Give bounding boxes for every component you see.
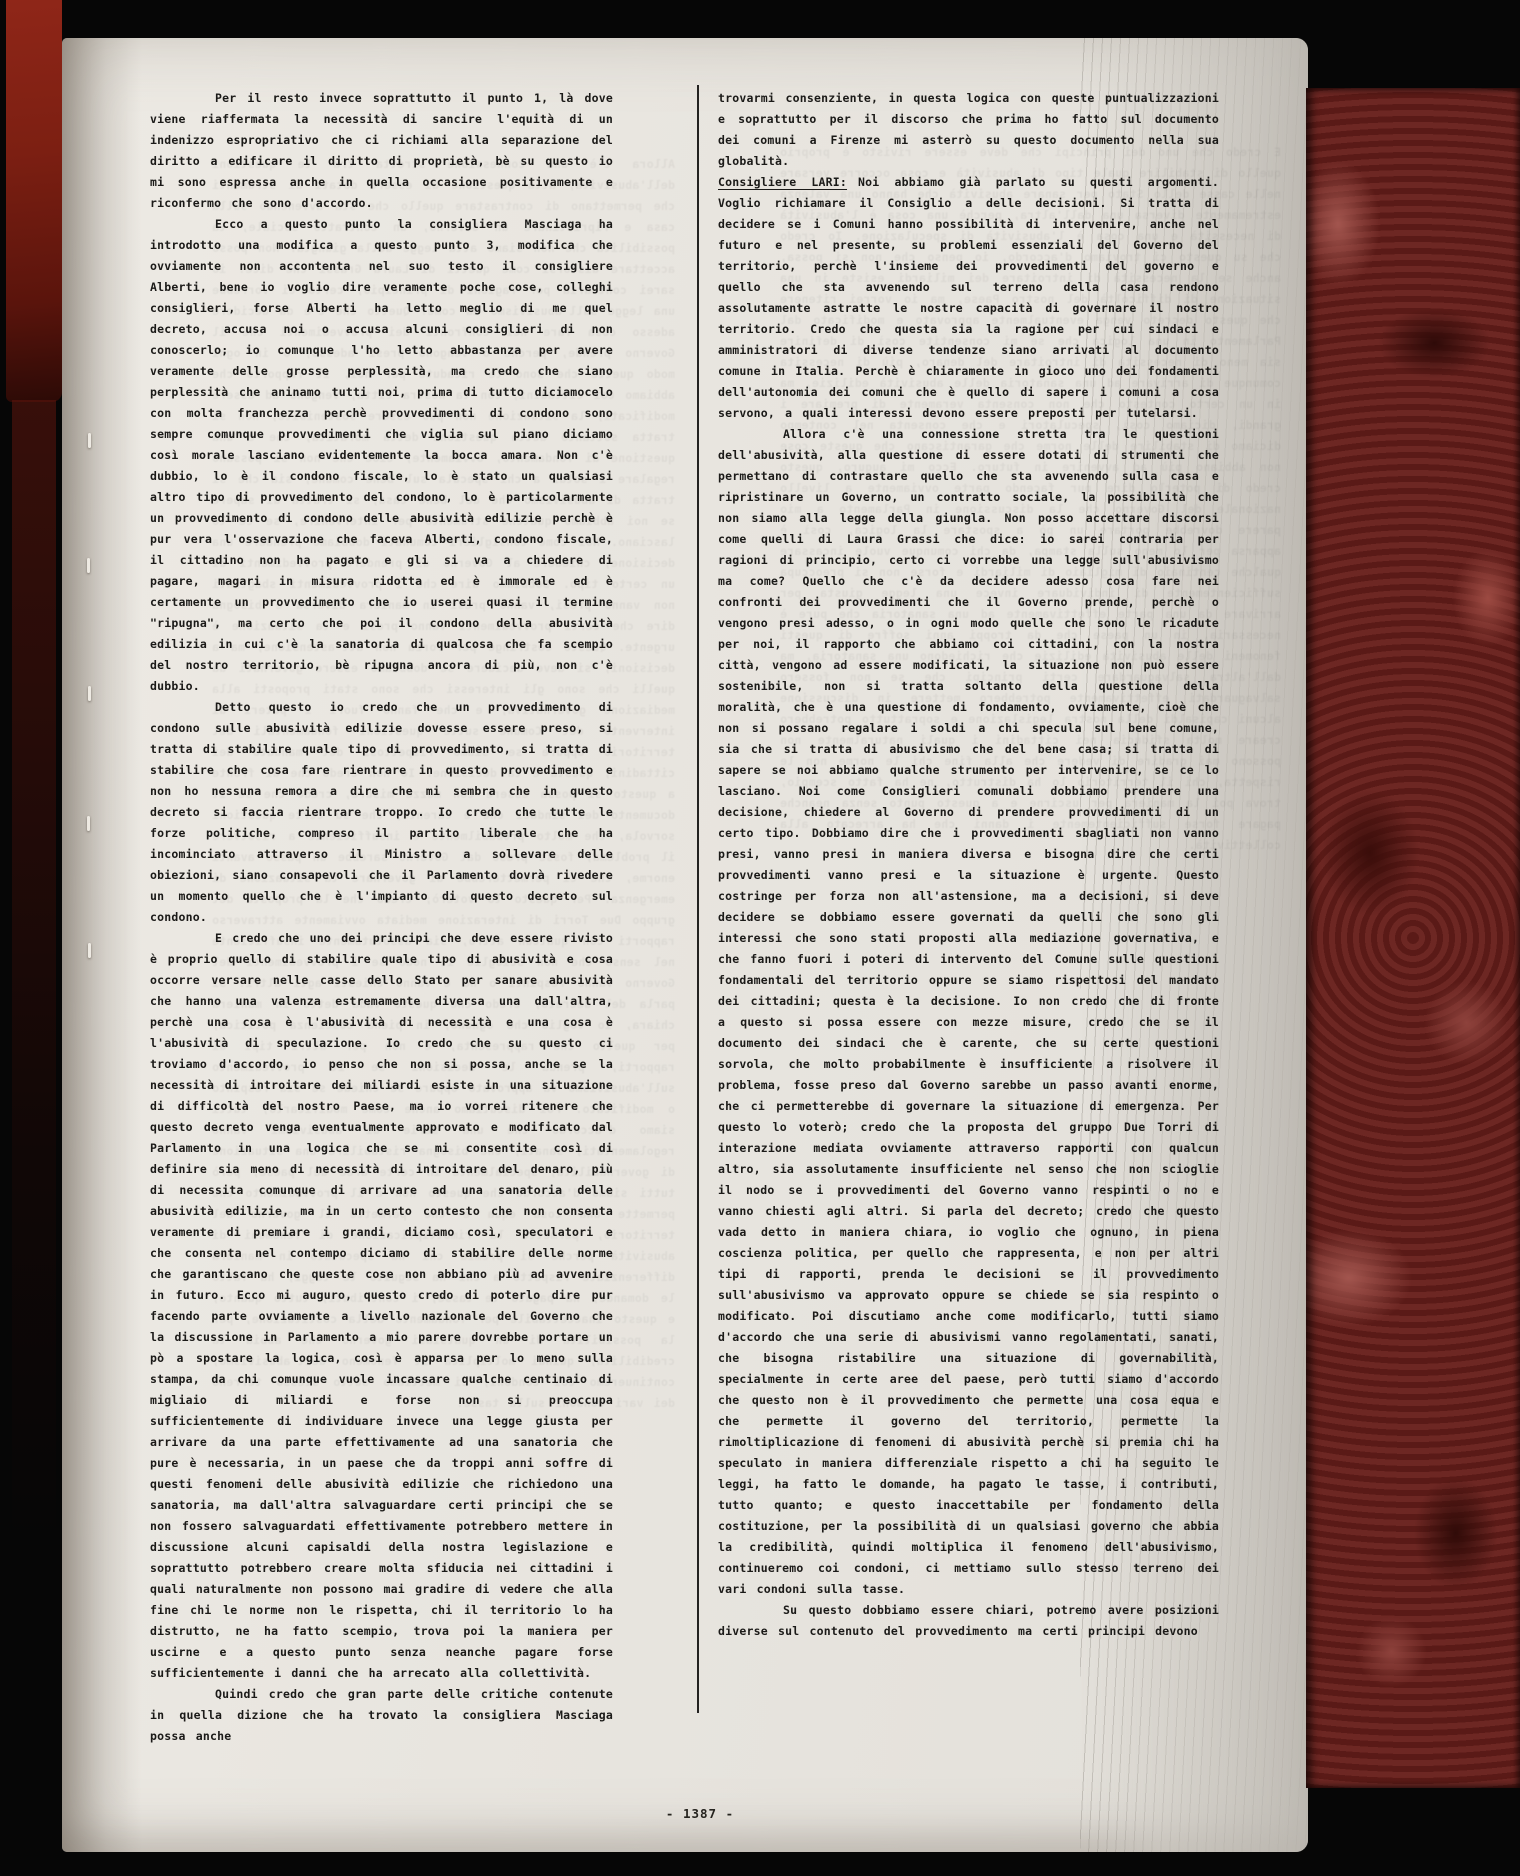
book-spine [6,0,62,402]
paragraph: E credo che uno dei principi che deve es… [150,928,613,1684]
marbled-cover [1306,88,1520,1788]
speaker-paragraph: Consigliere LARI:Noi abbiamo già parlato… [718,172,1219,424]
book-spine-shadow [12,400,56,1550]
stitch-mark [88,943,91,958]
paragraph: Su questo dobbiamo essere chiari, potrem… [718,1600,1219,1642]
stitch-mark [88,686,91,701]
paragraph: Allora c'è una connessione stretta tra l… [718,424,1219,1600]
right-column: trovarmi consenziente, in questa logica … [718,88,1219,1642]
paragraph: Per il resto invece soprattutto il punto… [150,88,613,214]
book-photo: Allora c'è una connessione stretta tra l… [0,0,1520,1876]
page-number: - 1387 - [630,1806,770,1821]
paragraph: Quindi credo che gran parte delle critic… [150,1684,613,1747]
paragraph: Detto questo io credo che un provvedimen… [150,697,613,928]
left-column: Per il resto invece soprattutto il punto… [150,88,613,1747]
speaker-text: Noi abbiamo già parlato su questi argome… [718,175,1219,420]
column-divider [697,85,699,1713]
page-gutter-shadow [62,38,142,1852]
paragraph: Ecco a questo punto la consigliera Masci… [150,214,613,697]
paragraph-continuation: trovarmi consenziente, in questa logica … [718,88,1219,172]
stitch-mark [87,558,90,573]
stitch-mark [88,433,91,448]
speaker-label: Consigliere LARI: [718,175,847,189]
stitch-mark [87,816,90,831]
